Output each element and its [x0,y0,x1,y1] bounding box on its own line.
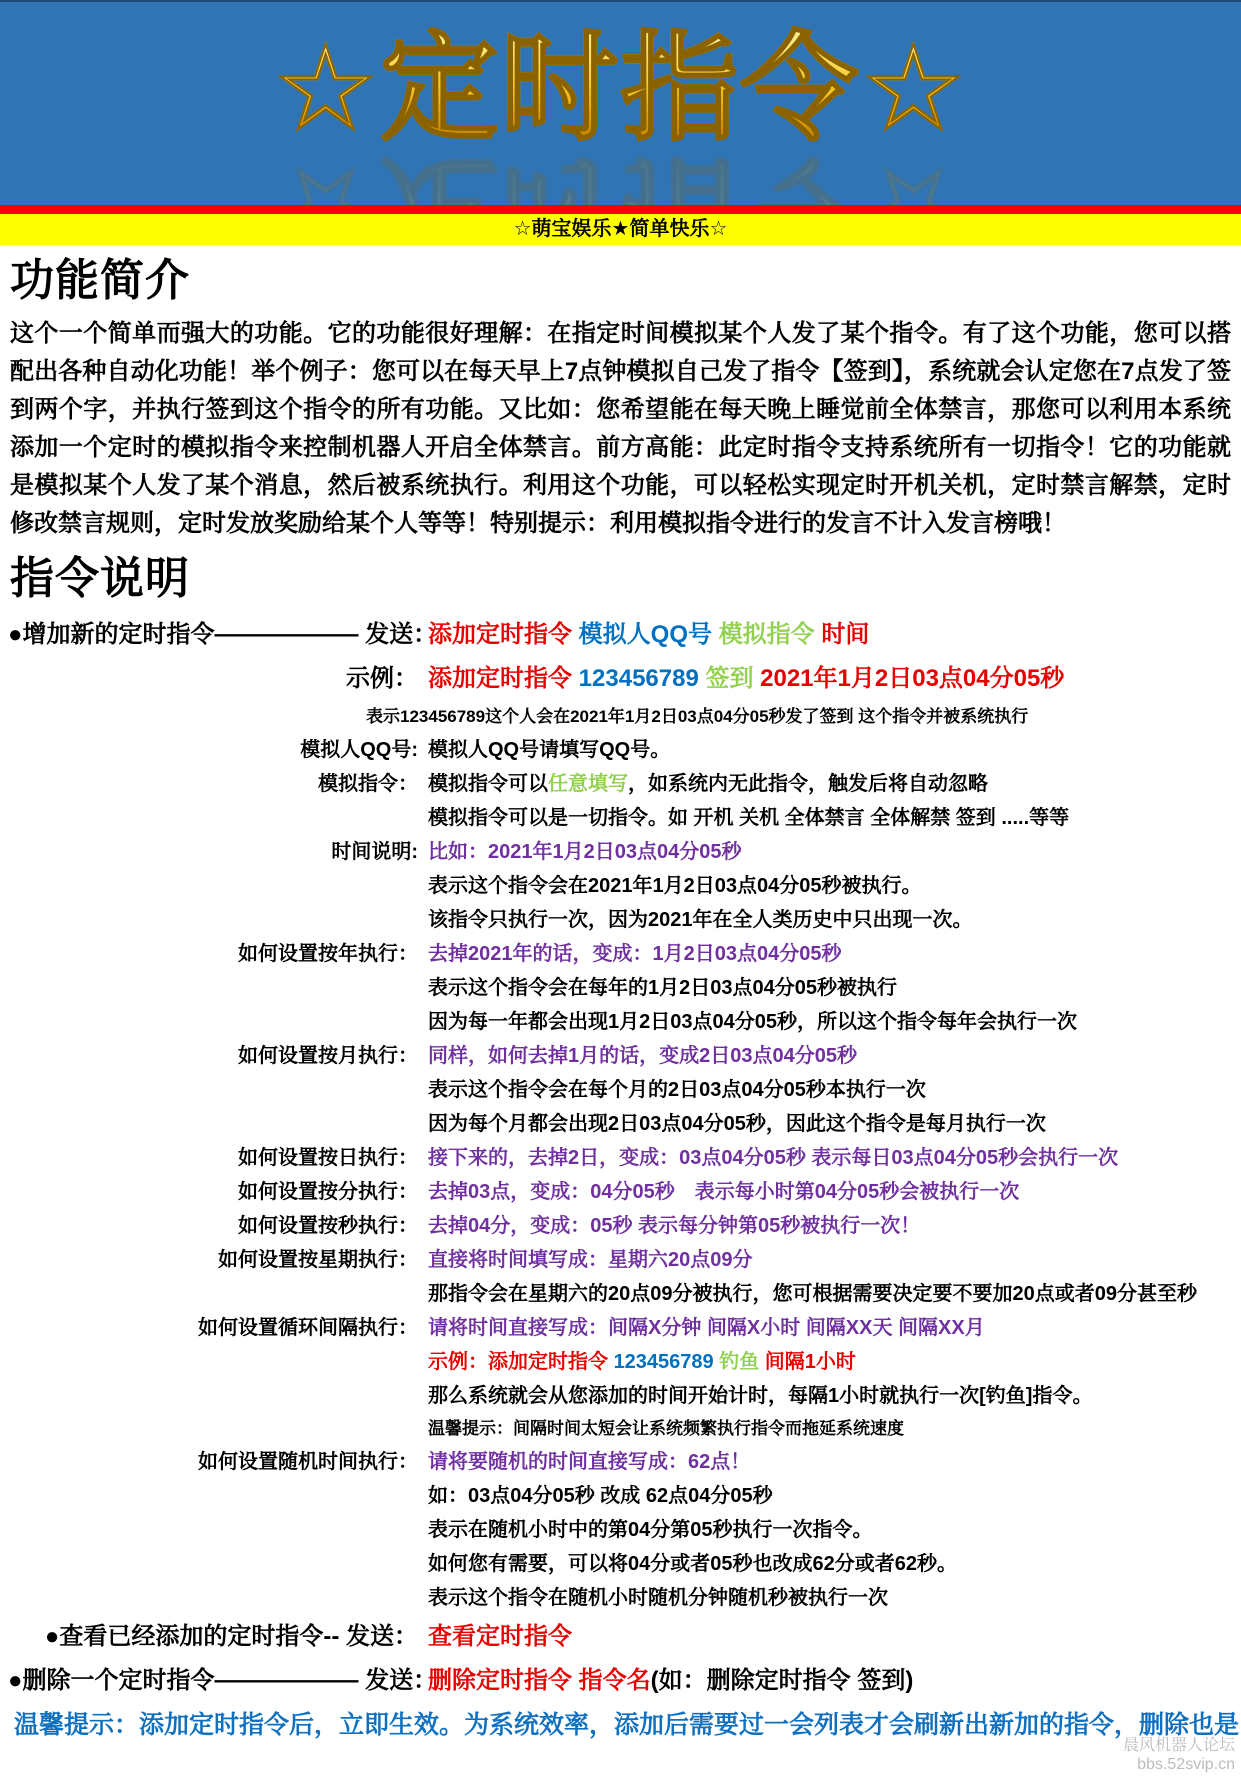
instruction-row: 表示这个指令会在2021年1月2日03点04分05秒被执行。 [8,869,1233,903]
row-segment: 接下来的，去掉2日，变成：03点04分05秒 表示每日03点04分05秒会执行一… [428,1147,1118,1169]
row-segment: 直接将时间填写成：星期六20点09分 [428,1249,753,1271]
row-label: 如何设置按年执行： [8,937,428,971]
instruction-row: 模拟指令：模拟指令可以任意填写，如系统内无此指令，触发后将自动忽略 [8,767,1233,801]
row-content: 模拟人QQ号请填写QQ号。 [428,733,1233,767]
row-segment: 那指令会在星期六的20点09分被执行，您可根据需要决定要不要加20点或者09分甚… [428,1283,1197,1305]
row-label: 示例： [8,657,428,701]
row-label: 模拟指令： [8,767,428,801]
instruction-row: 因为每个月都会出现2日03点04分05秒，因此这个指令是每月执行一次 [8,1107,1233,1141]
instruction-row: 如何设置按秒执行：去掉04分，变成：05秒 表示每分钟第05秒被执行一次！ [8,1209,1233,1243]
row-segment: 请将时间直接写成：间隔X分钟 间隔X小时 间隔XX天 间隔XX月 [428,1317,985,1339]
banner-title: ☆定时指令☆ [0,30,1241,148]
row-segment: 表示这个指令会在每年的1月2日03点04分05秒被执行 [428,977,897,999]
watermark: 晨风机器人论坛 bbs.52svip.cn [1123,1736,1235,1774]
row-content: 如何您有需要，可以将04分或者05秒也改成62分或者62秒。 [428,1547,1233,1581]
instruction-row: 如何设置随机时间执行：请将要随机的时间直接写成：62点！ [8,1445,1233,1479]
row-label: ●增加新的定时指令—————— 发送： [8,613,428,657]
row-segment: 表示这个指令会在2021年1月2日03点04分05秒被执行。 [428,875,921,897]
intro-heading: 功能简介 [10,255,1233,307]
red-stripe [0,205,1241,214]
row-segment: 模拟指令可以 [428,773,548,795]
row-content: 因为每个月都会出现2日03点04分05秒，因此这个指令是每月执行一次 [428,1107,1233,1141]
row-segment: 因为每一年都会出现1月2日03点04分05秒，所以这个指令每年会执行一次 [428,1011,1077,1033]
row-segment: 如：03点04分05秒 改成 62点04分05秒 [428,1485,773,1507]
instruction-rows: ●增加新的定时指令—————— 发送：添加定时指令 模拟人QQ号 模拟指令 时间… [8,613,1233,1703]
row-content: 模拟指令可以是一切指令。如 开机 关机 全体禁言 全体解禁 签到 .....等等 [428,801,1233,835]
row-segment: (如：删除定时指令 签到) [651,1667,914,1694]
row-content: 如：03点04分05秒 改成 62点04分05秒 [428,1479,1233,1513]
instruction-row: 因为每一年都会出现1月2日03点04分05秒，所以这个指令每年会执行一次 [8,1005,1233,1039]
row-segment: 2021年1月2日03点04分05秒 [760,665,1064,692]
instruction-row: ●查看已经添加的定时指令-- 发送：查看定时指令 [8,1615,1233,1659]
row-segment: 查看定时指令 [428,1623,572,1650]
instruction-row: 示例：添加定时指令 123456789 钓鱼 间隔1小时 [8,1345,1233,1379]
row-segment: 表示这个指令在随机小时随机分钟随机秒被执行一次 [428,1587,888,1609]
instruction-row: 如何设置按分执行：去掉03点，变成：04分05秒 表示每小时第04分05秒会被执… [8,1175,1233,1209]
intro-paragraph: 这个一个简单而强大的功能。它的功能很好理解：在指定时间模拟某个人发了某个指令。有… [10,315,1231,543]
row-segment: 请将要随机的时间直接写成：62点！ [428,1451,750,1473]
row-label: 如何设置循环间隔执行： [8,1311,428,1345]
row-segment: 钓鱼 [719,1351,765,1373]
row-label: 如何设置按分执行： [8,1175,428,1209]
row-segment: 任意填写 [548,773,628,795]
instruction-row: 那么系统就会从您添加的时间开始计时，每隔1小时就执行一次[钓鱼]指令。 [8,1379,1233,1413]
row-content: 比如：2021年1月2日03点04分05秒 [428,835,1233,869]
banner-subtitle: ☆萌宝娱乐★简单快乐☆ [514,218,728,240]
instruction-row: 如何设置按日执行：接下来的，去掉2日，变成：03点04分05秒 表示每日03点0… [8,1141,1233,1175]
row-segment: 如何您有需要，可以将04分或者05秒也改成62分或者62秒。 [428,1553,957,1575]
commands-heading: 指令说明 [10,553,1233,605]
row-content: 表示这个指令在随机小时随机分钟随机秒被执行一次 [428,1581,1233,1615]
instruction-row: 如何设置循环间隔执行：请将时间直接写成：间隔X分钟 间隔X小时 间隔XX天 间隔… [8,1311,1233,1345]
page: ☆定时指令☆ ☆定时指令☆ ☆萌宝娱乐★简单快乐☆ 功能简介 这个一个简单而强大… [0,0,1241,1778]
row-segment: 模拟人QQ号 [579,621,719,648]
row-content: 直接将时间填写成：星期六20点09分 [428,1243,1233,1277]
main-content: 功能简介 这个一个简单而强大的功能。它的功能很好理解：在指定时间模拟某个人发了某… [0,245,1241,1741]
row-segment: 示例：添加定时指令 [428,1351,614,1373]
row-segment: 表示这个指令会在每个月的2日03点04分05秒本执行一次 [428,1079,926,1101]
row-segment: 去掉03点，变成：04分05秒 表示每小时第04分05秒会被执行一次 [428,1181,1019,1203]
row-segment: 删除定时指令 指令名 [428,1667,651,1694]
row-label: 如何设置按星期执行： [8,1243,428,1277]
row-content: 同样，如何去掉1月的话，变成2日03点04分05秒 [428,1039,1233,1073]
row-segment: 模拟人QQ号请填写QQ号。 [428,739,670,761]
row-content: 查看定时指令 [428,1615,1233,1659]
row-segment: 同样，如何去掉1月的话，变成2日03点04分05秒 [428,1045,857,1067]
instruction-row: 模拟指令可以是一切指令。如 开机 关机 全体禁言 全体解禁 签到 .....等等 [8,801,1233,835]
row-segment: 因为每个月都会出现2日03点04分05秒，因此这个指令是每月执行一次 [428,1113,1046,1135]
instruction-row: ●增加新的定时指令—————— 发送：添加定时指令 模拟人QQ号 模拟指令 时间 [8,613,1233,657]
row-segment: 模拟指令 [719,621,822,648]
row-content: 接下来的，去掉2日，变成：03点04分05秒 表示每日03点04分05秒会执行一… [428,1141,1233,1175]
instruction-row: 该指令只执行一次，因为2021年在全人类历史中只出现一次。 [8,903,1233,937]
row-label: 如何设置按日执行： [8,1141,428,1175]
row-content: 因为每一年都会出现1月2日03点04分05秒，所以这个指令每年会执行一次 [428,1005,1233,1039]
row-content: 删除定时指令 指令名(如：删除定时指令 签到) [428,1659,1233,1703]
row-content: 那么系统就会从您添加的时间开始计时，每隔1小时就执行一次[钓鱼]指令。 [428,1379,1233,1413]
watermark-url: bbs.52svip.cn [1123,1755,1235,1774]
row-segment: 间隔1小时 [765,1351,856,1373]
row-content: 去掉03点，变成：04分05秒 表示每小时第04分05秒会被执行一次 [428,1175,1233,1209]
row-content: 添加定时指令 123456789 签到 2021年1月2日03点04分05秒 [428,657,1233,701]
row-content: 示例：添加定时指令 123456789 钓鱼 间隔1小时 [428,1345,1233,1379]
row-label: 模拟人QQ号: [8,733,428,767]
instruction-row: 示例：添加定时指令 123456789 签到 2021年1月2日03点04分05… [8,657,1233,701]
row-segment: 该指令只执行一次，因为2021年在全人类历史中只出现一次。 [428,909,973,931]
row-segment: 温馨提示：间隔时间太短会让系统频繁执行指令而拖延系统速度 [428,1419,904,1438]
instruction-row: 模拟人QQ号:模拟人QQ号请填写QQ号。 [8,733,1233,767]
row-segment: 123456789 [614,1351,720,1373]
row-segment: 表示在随机小时中的第04分第05秒执行一次指令。 [428,1519,873,1541]
row-content: 表示这个指令会在2021年1月2日03点04分05秒被执行。 [428,869,1233,903]
instruction-row: 那指令会在星期六的20点09分被执行，您可根据需要决定要不要加20点或者09分甚… [8,1277,1233,1311]
row-content: 请将时间直接写成：间隔X分钟 间隔X小时 间隔XX天 间隔XX月 [428,1311,1233,1345]
row-content: 表示这个指令会在每年的1月2日03点04分05秒被执行 [428,971,1233,1005]
instruction-row: 时间说明:比如：2021年1月2日03点04分05秒 [8,835,1233,869]
row-content: 去掉2021年的话，变成：1月2日03点04分05秒 [428,937,1233,971]
instruction-row: 表示123456789这个人会在2021年1月2日03点04分05秒发了签到 这… [8,701,1233,733]
row-content: 表示123456789这个人会在2021年1月2日03点04分05秒发了签到 这… [366,701,1233,733]
row-segment: 123456789 [579,665,706,692]
row-segment: ，如系统内无此指令，触发后将自动忽略 [628,773,988,795]
row-segment: 去掉04分，变成：05秒 表示每分钟第05秒被执行一次！ [428,1215,920,1237]
row-content: 去掉04分，变成：05秒 表示每分钟第05秒被执行一次！ [428,1209,1233,1243]
footer-tip: 温馨提示：添加定时指令后，立即生效。为系统效率，添加后需要过一会列表才会刷新出新… [14,1709,1233,1741]
instruction-row: ●删除一个定时指令—————— 发送：删除定时指令 指令名(如：删除定时指令 签… [8,1659,1233,1703]
instruction-row: 表示这个指令会在每个月的2日03点04分05秒本执行一次 [8,1073,1233,1107]
row-label: 如何设置随机时间执行： [8,1445,428,1479]
row-segment: 签到 [705,665,760,692]
instruction-row: 表示这个指令会在每年的1月2日03点04分05秒被执行 [8,971,1233,1005]
row-label: 如何设置按秒执行： [8,1209,428,1243]
instruction-row: 如：03点04分05秒 改成 62点04分05秒 [8,1479,1233,1513]
row-segment: 模拟指令可以是一切指令。如 开机 关机 全体禁言 全体解禁 签到 .....等等 [428,807,1069,829]
banner-title-reflection: ☆定时指令☆ [0,150,1241,205]
row-label: ●删除一个定时指令—————— 发送： [8,1659,428,1703]
row-label: ●查看已经添加的定时指令-- 发送： [8,1615,428,1659]
instruction-row: 表示在随机小时中的第04分第05秒执行一次指令。 [8,1513,1233,1547]
instruction-row: 如何设置按月执行：同样，如何去掉1月的话，变成2日03点04分05秒 [8,1039,1233,1073]
row-content: 温馨提示：间隔时间太短会让系统频繁执行指令而拖延系统速度 [428,1413,1233,1445]
instruction-row: 表示这个指令在随机小时随机分钟随机秒被执行一次 [8,1581,1233,1615]
row-content: 模拟指令可以任意填写，如系统内无此指令，触发后将自动忽略 [428,767,1233,801]
row-segment: 去掉2021年的话，变成：1月2日03点04分05秒 [428,943,841,965]
row-segment: 比如：2021年1月2日03点04分05秒 [428,841,741,863]
row-segment: 时间 [821,621,869,648]
instruction-row: 如何设置按星期执行：直接将时间填写成：星期六20点09分 [8,1243,1233,1277]
row-content: 表示这个指令会在每个月的2日03点04分05秒本执行一次 [428,1073,1233,1107]
title-banner: ☆定时指令☆ ☆定时指令☆ [0,0,1241,205]
instruction-row: 温馨提示：间隔时间太短会让系统频繁执行指令而拖延系统速度 [8,1413,1233,1445]
row-content: 请将要随机的时间直接写成：62点！ [428,1445,1233,1479]
instruction-row: 如何设置按年执行：去掉2021年的话，变成：1月2日03点04分05秒 [8,937,1233,971]
row-segment: 添加定时指令 [428,621,579,648]
row-content: 该指令只执行一次，因为2021年在全人类历史中只出现一次。 [428,903,1233,937]
row-segment: 表示123456789这个人会在2021年1月2日03点04分05秒发了签到 这… [366,707,1028,726]
row-label: 时间说明: [8,835,428,869]
row-content: 那指令会在星期六的20点09分被执行，您可根据需要决定要不要加20点或者09分甚… [428,1277,1233,1311]
yellow-stripe: ☆萌宝娱乐★简单快乐☆ [0,214,1241,245]
row-label: 如何设置按月执行： [8,1039,428,1073]
row-segment: 那么系统就会从您添加的时间开始计时，每隔1小时就执行一次[钓鱼]指令。 [428,1385,1092,1407]
row-segment: 添加定时指令 [428,665,579,692]
instruction-row: 如何您有需要，可以将04分或者05秒也改成62分或者62秒。 [8,1547,1233,1581]
row-content: 表示在随机小时中的第04分第05秒执行一次指令。 [428,1513,1233,1547]
row-content: 添加定时指令 模拟人QQ号 模拟指令 时间 [428,613,1233,657]
